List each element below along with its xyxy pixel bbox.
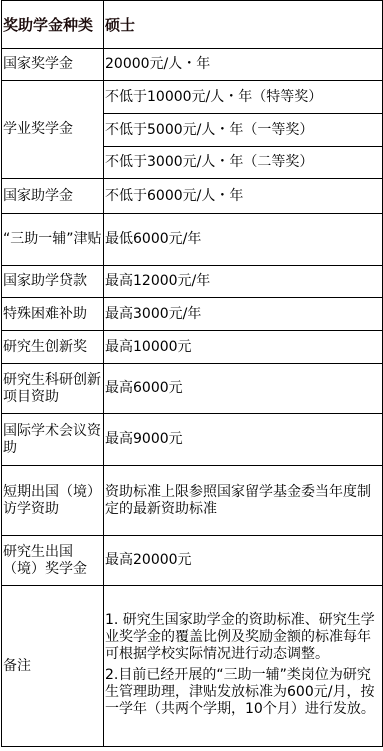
table-row: 短期出国（境）访学资助 资助标准上限参照国家留学基金委当年度制定的最新资助标准: [2, 466, 383, 536]
row-value: 最高12000元/年: [104, 266, 383, 298]
table-row: 国家奖学金 20000元/人・年: [2, 49, 383, 81]
row-value: 20000元/人・年: [104, 49, 383, 81]
row-value: 不低于6000元/人・年: [104, 179, 383, 214]
table-row: 特殊困难补助 最高3000元/年: [2, 298, 383, 331]
row-label: 国家助学贷款: [2, 266, 104, 298]
row-value: 资助标准上限参照国家留学基金委当年度制定的最新资助标准: [104, 466, 383, 536]
scholarship-table: 奖助学金种类 硕士 国家奖学金 20000元/人・年 学业奖学金 不低于1000…: [1, 0, 383, 747]
note-item-2: 2.目前已经开展的“三助一辅”类岗位为研究生管理助理，津贴发放标准为600元/月…: [105, 667, 381, 718]
notes-label: 备注: [2, 586, 104, 747]
row-value: 最高3000元/年: [104, 298, 383, 331]
row-value: 不低于5000元/人・年（一等奖）: [104, 114, 383, 147]
row-label: 国际学术会议资助: [2, 414, 104, 466]
row-label: 特殊困难补助: [2, 298, 104, 331]
notes-content: 1. 研究生国家助学金的资助标准、研究生学业奖学金的覆盖比例及奖励金额的标准每年…: [104, 586, 383, 747]
row-value: 最高10000元: [104, 331, 383, 364]
table-row: 学业奖学金 不低于10000元/人・年（特等奖）: [2, 81, 383, 114]
table-row: 国家助学贷款 最高12000元/年: [2, 266, 383, 298]
row-value: 最低6000元/年: [104, 214, 383, 266]
notes-row: 备注 1. 研究生国家助学金的资助标准、研究生学业奖学金的覆盖比例及奖励金额的标…: [2, 586, 383, 747]
row-value: 不低于3000元/人・年（二等奖）: [104, 147, 383, 179]
row-label: 国家奖学金: [2, 49, 104, 81]
table-row: 研究生科研创新项目资助 最高6000元: [2, 364, 383, 414]
table-row: “三助一辅”津贴 最低6000元/年: [2, 214, 383, 266]
table-row: 研究生出国（境）奖学金 最高20000元: [2, 536, 383, 586]
table-header-row: 奖助学金种类 硕士: [2, 1, 383, 49]
row-label: “三助一辅”津贴: [2, 214, 104, 266]
row-label: 学业奖学金: [2, 81, 104, 179]
row-value: 最高6000元: [104, 364, 383, 414]
table-row: 国际学术会议资助 最高9000元: [2, 414, 383, 466]
row-label: 国家助学金: [2, 179, 104, 214]
note-item-1: 1. 研究生国家助学金的资助标准、研究生学业奖学金的覆盖比例及奖励金额的标准每年…: [105, 612, 381, 663]
row-value: 最高20000元: [104, 536, 383, 586]
row-label: 研究生出国（境）奖学金: [2, 536, 104, 586]
row-value: 不低于10000元/人・年（特等奖）: [104, 81, 383, 114]
table-row: 研究生创新奖 最高10000元: [2, 331, 383, 364]
row-label: 研究生创新奖: [2, 331, 104, 364]
header-category: 奖助学金种类: [2, 1, 104, 49]
row-value: 最高9000元: [104, 414, 383, 466]
row-label: 研究生科研创新项目资助: [2, 364, 104, 414]
header-master: 硕士: [104, 1, 383, 49]
row-label: 短期出国（境）访学资助: [2, 466, 104, 536]
table-row: 国家助学金 不低于6000元/人・年: [2, 179, 383, 214]
